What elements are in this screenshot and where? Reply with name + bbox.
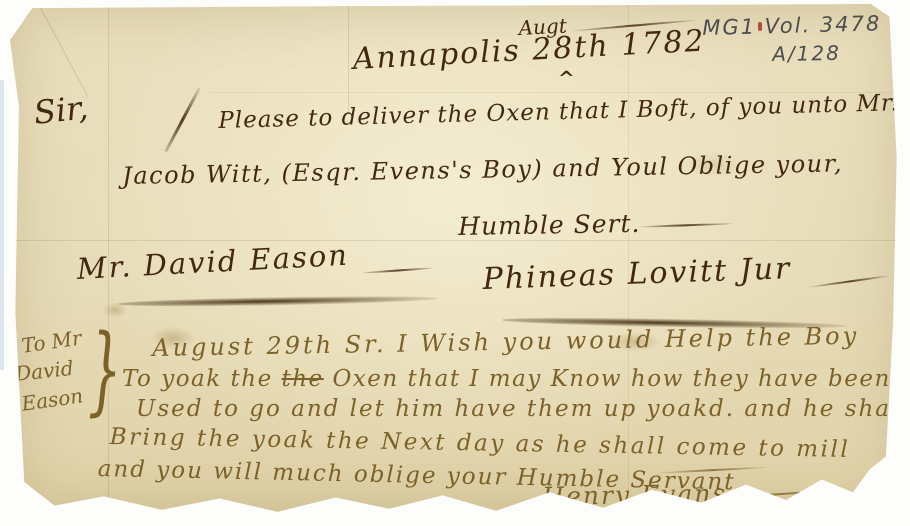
archival-note-line1: MG1 Vol. 3478: [702, 11, 882, 40]
fold-crease: [38, 4, 88, 97]
fold-crease: [348, 4, 349, 114]
archival-note-line2: A/128: [772, 41, 841, 66]
signature-henry: Henry Evans: [542, 479, 727, 511]
caret-mark: ^: [558, 66, 575, 90]
note-line-4: Bring the yoak the Next day as he shall …: [110, 424, 851, 463]
letter-paper: MG1 Vol. 3478 A/128 Augt ^ Annapolis 28t…: [10, 4, 902, 518]
body-line-2: Jacob Witt, (Esqr. Evens's Boy) and Youl…: [122, 149, 843, 190]
flourish-dash: [810, 275, 889, 288]
note-line-2-post: Oxen that I may Know how they have been: [324, 366, 891, 392]
note-line-3: Used to go and let him have them up yoak…: [136, 396, 910, 422]
red-mark: [758, 22, 762, 31]
margin-eason: Eason: [20, 383, 84, 415]
salutation: Sir,: [32, 88, 90, 131]
struck-word: the: [282, 366, 324, 392]
margin-to: To Mr: [20, 326, 83, 358]
note-line-2-pre: To yoak the: [122, 366, 282, 392]
body-line-1: Please to deliver the Oxen that I Boft, …: [218, 90, 899, 134]
fold-crease: [10, 240, 902, 241]
flourish-slash: [164, 87, 200, 152]
underline-flourish: [118, 294, 438, 308]
addressee: Mr. David Eason: [76, 238, 350, 286]
flourish-dash: [638, 223, 733, 228]
note-line-1: August 29th Sr. I Wish you would Help th…: [152, 322, 859, 362]
document-scan: MG1 Vol. 3478 A/128 Augt ^ Annapolis 28t…: [0, 0, 910, 526]
note-line-2: To yoak the the Oxen that I may Know how…: [122, 366, 891, 392]
signature-phineas: Phineas Lovitt Jur: [482, 251, 792, 297]
margin-david: David: [14, 356, 75, 386]
closing: Humble Sert.: [458, 209, 641, 241]
margin-brace: }: [88, 322, 122, 418]
scanner-edge-artifact: [0, 80, 4, 370]
flourish-dash: [362, 267, 434, 274]
